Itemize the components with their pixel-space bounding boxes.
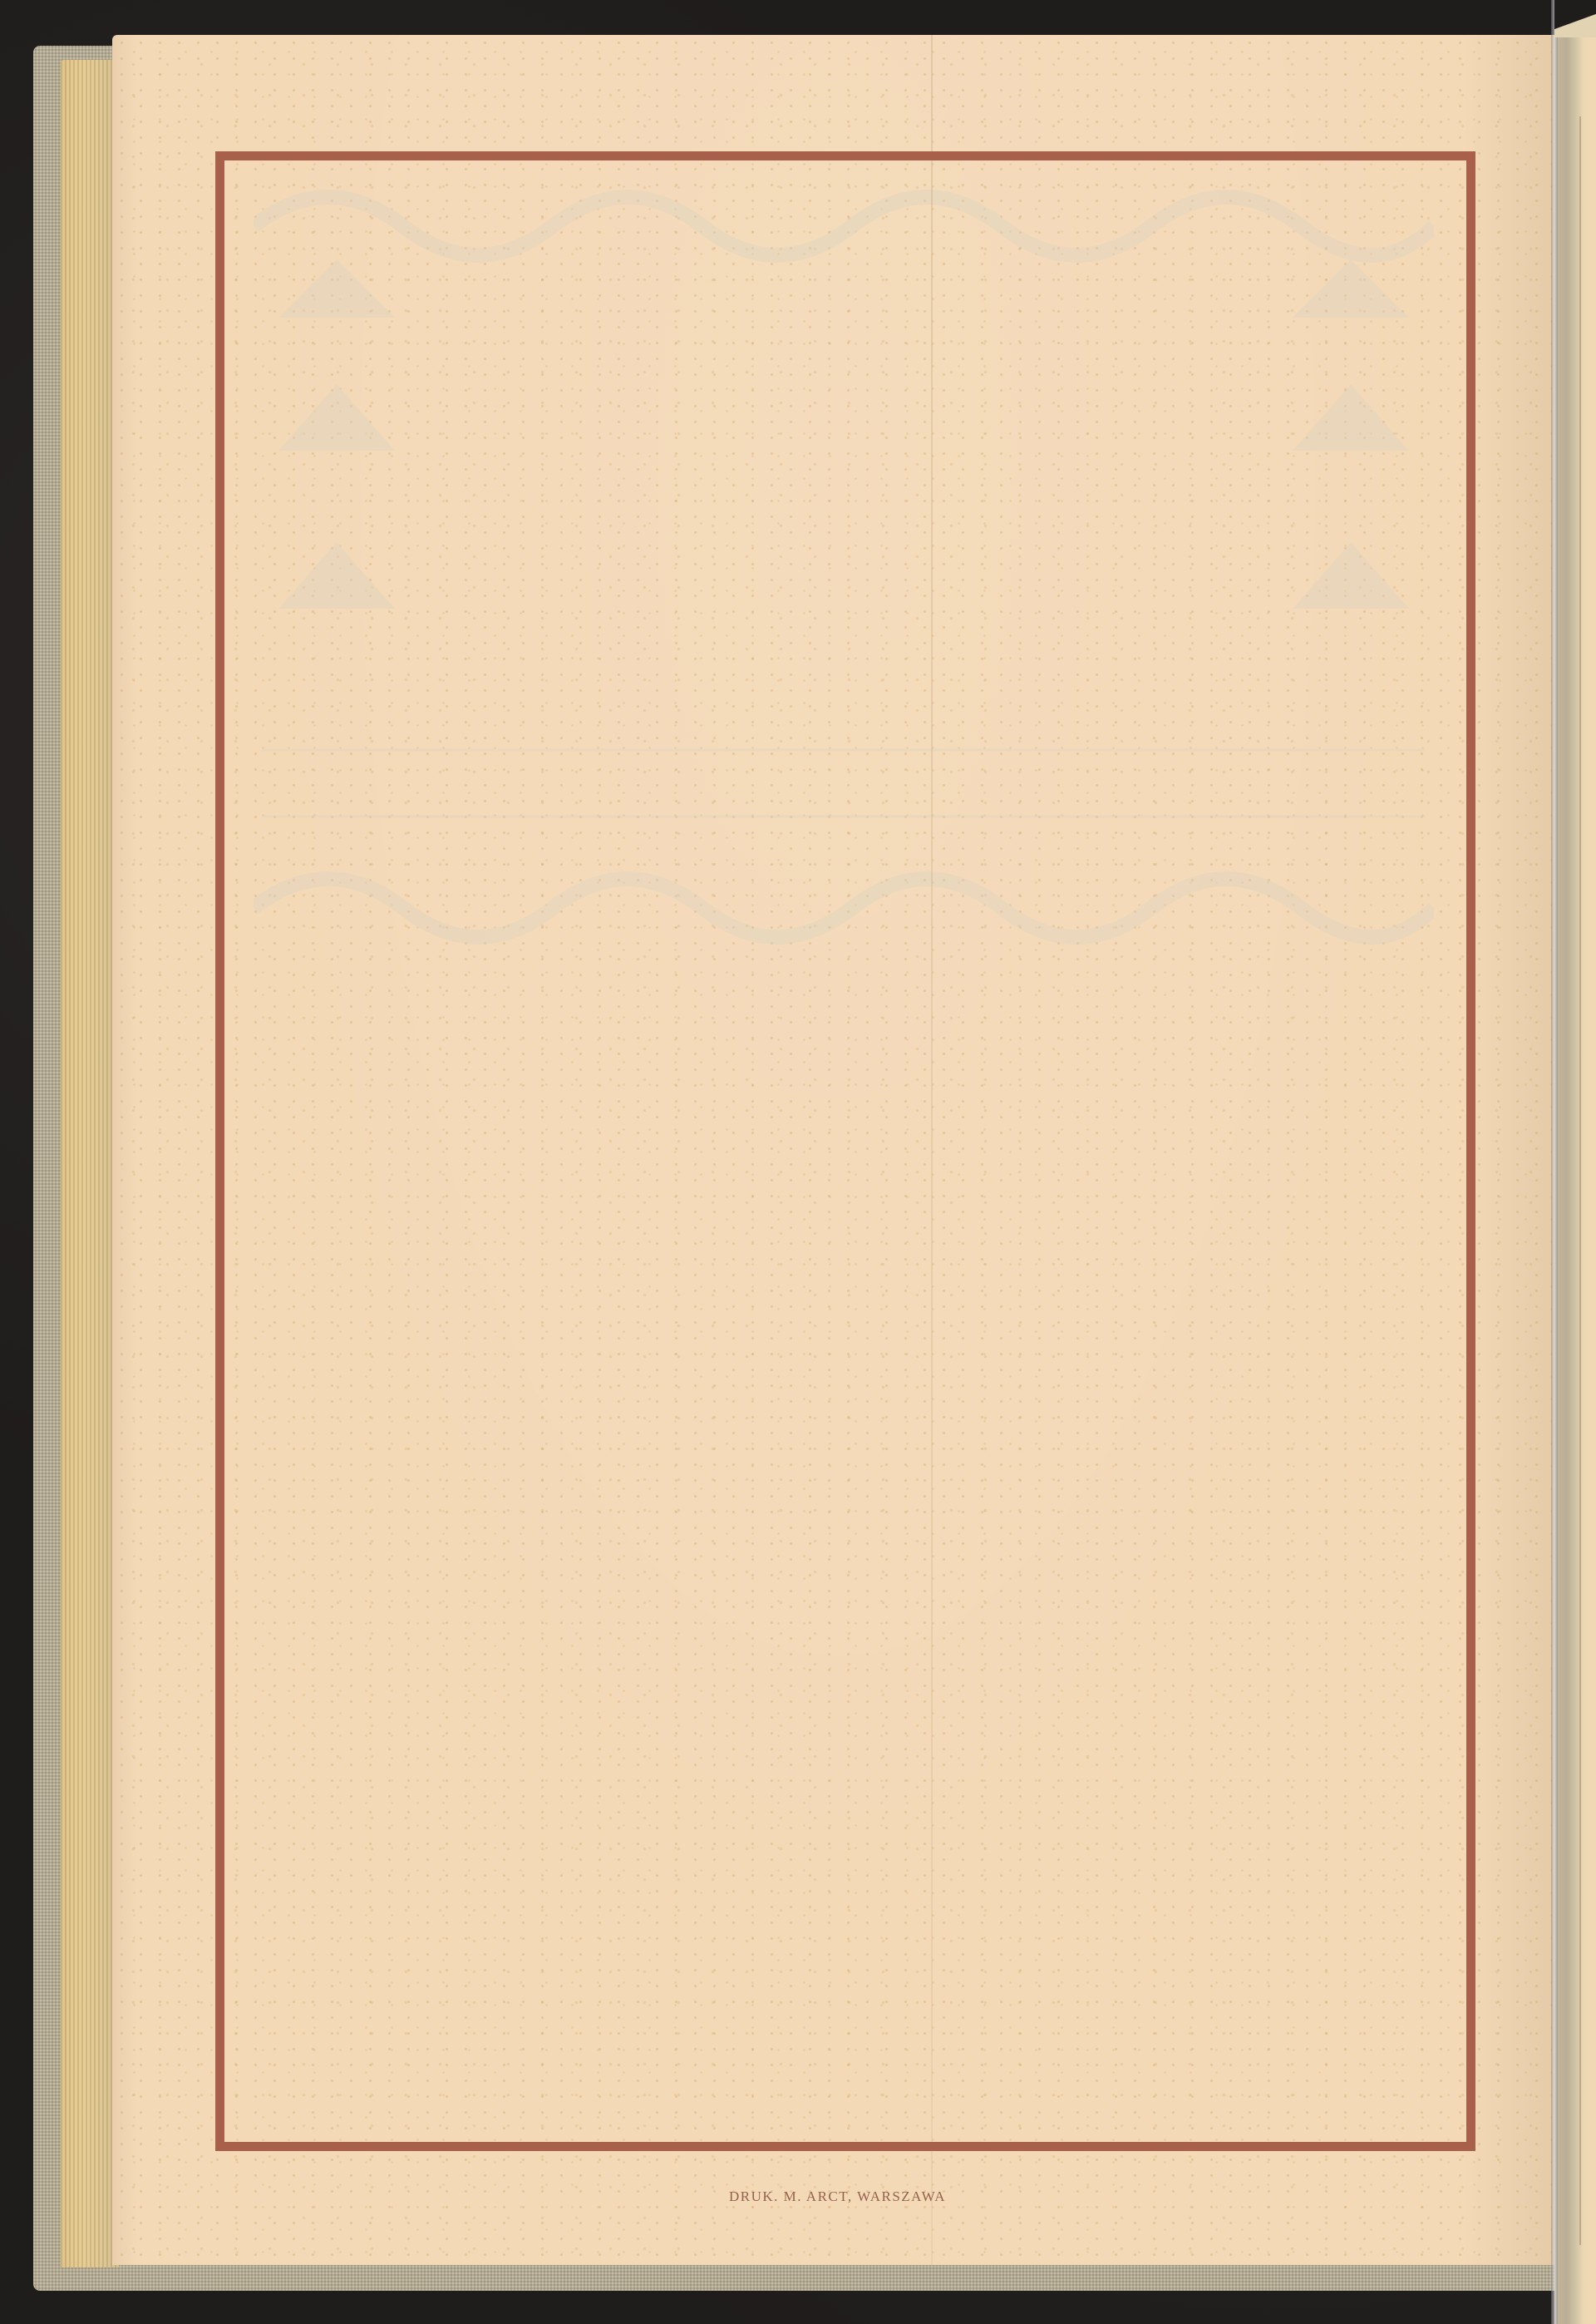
scan-scene: DRUK. M. ARCT, WARSZAWA — [0, 0, 1596, 2324]
adjacent-page-border — [1579, 116, 1581, 2245]
printed-border-frame — [215, 151, 1475, 2151]
sleeve-edge — [1551, 0, 1558, 2324]
printer-imprint: DRUK. M. ARCT, WARSZAWA — [112, 2188, 1563, 2205]
adjacent-page-sleeve — [1554, 33, 1596, 2324]
page-edges — [61, 60, 119, 2267]
book-page: DRUK. M. ARCT, WARSZAWA — [112, 35, 1563, 2265]
sleeve-corner — [1554, 0, 1596, 37]
